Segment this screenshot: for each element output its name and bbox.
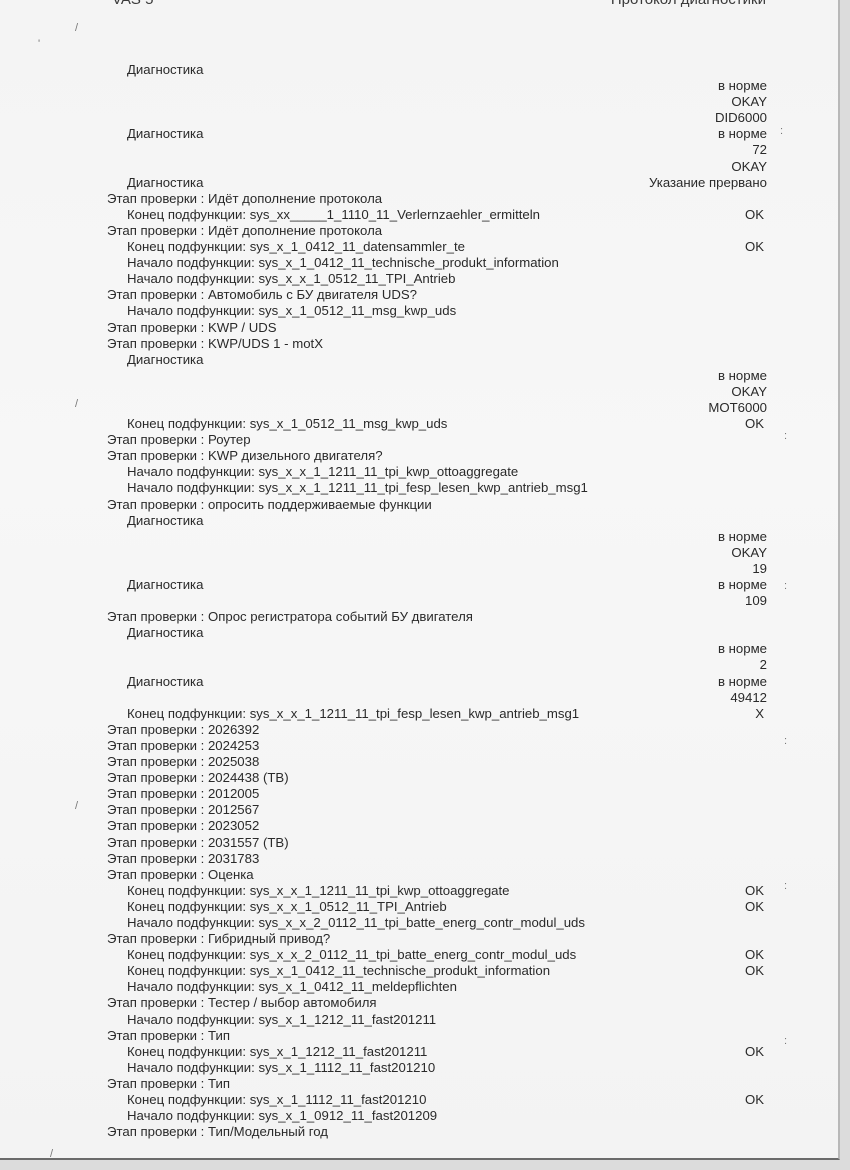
log-line-result: 2 xyxy=(760,657,767,673)
log-line-text: Этап проверки : Гибридный привод? xyxy=(107,931,330,947)
log-line-text: Начало подфункции: sys_x_x_2_0112_11_tpi… xyxy=(107,915,585,931)
log-line-text: Диагностика xyxy=(107,62,203,78)
log-line: MOT6000 xyxy=(107,400,767,416)
log-line-result: в норме xyxy=(718,641,767,657)
log-line-result: OK xyxy=(745,947,764,963)
log-line: 72 xyxy=(107,142,767,158)
log-line-text: Этап проверки : Идёт дополнение протокол… xyxy=(107,191,382,207)
log-line-result: в норме xyxy=(718,368,767,384)
log-line-text: Диагностика xyxy=(107,674,203,690)
header-title: Протокол диагностики xyxy=(611,0,766,8)
log-line: Диагностикав норме xyxy=(107,577,767,593)
log-line-text: Конец подфункции: sys_x_x_2_0112_11_tpi_… xyxy=(107,947,576,963)
log-line: Начало подфункции: sys_x_1_0412_11_melde… xyxy=(107,979,767,995)
log-line-text: Этап проверки : 2024438 (TB) xyxy=(107,770,289,786)
log-line-text: Начало подфункции: sys_x_1_0912_11_fast2… xyxy=(107,1108,437,1124)
log-line: в норме xyxy=(107,368,767,384)
log-line-text: Этап проверки : Оценка xyxy=(107,867,254,883)
log-line-text: Конец подфункции: sys_x_x_1_1211_11_tpi_… xyxy=(107,706,579,722)
log-line: Конец подфункции: sys_x_x_1_1211_11_tpi_… xyxy=(107,706,767,722)
log-line-result: 19 xyxy=(752,561,767,577)
scanned-page: VAS 5 Протокол диагностики Диагностикав … xyxy=(0,0,840,1160)
log-line: Этап проверки : Роутер xyxy=(107,432,767,448)
log-line: Этап проверки : 2025038 xyxy=(107,754,767,770)
log-line-text: Этап проверки : 2012005 xyxy=(107,786,259,802)
log-line-text: Этап проверки : Опрос регистратора событ… xyxy=(107,609,473,625)
log-line-result: 109 xyxy=(745,593,767,609)
log-line-text: Этап проверки : KWP / UDS xyxy=(107,320,277,336)
log-line-result: OK xyxy=(745,883,764,899)
log-line-result: в норме xyxy=(718,126,767,142)
log-line-result: OK xyxy=(745,1044,764,1060)
log-line-text: Этап проверки : 2024253 xyxy=(107,738,259,754)
log-line-result: в норме xyxy=(718,674,767,690)
log-line: Начало подфункции: sys_x_x_1_0512_11_TPI… xyxy=(107,271,767,287)
scan-speck: / xyxy=(75,800,78,812)
log-line: Этап проверки : 2024253 xyxy=(107,738,767,754)
diagnostic-log: Диагностикав нормеOKAYDID6000Диагностика… xyxy=(107,62,767,1140)
log-line: Этап проверки : Гибридный привод? xyxy=(107,931,767,947)
scan-speck: / xyxy=(75,398,78,410)
log-line-text: Начало подфункции: sys_x_1_0412_11_techn… xyxy=(107,255,559,271)
log-line: Конец подфункции: sys_x_1_0412_11_datens… xyxy=(107,239,767,255)
log-line-text: Диагностика xyxy=(107,175,203,191)
log-line: OKAY xyxy=(107,384,767,400)
log-line: Этап проверки : 2012005 xyxy=(107,786,767,802)
log-line-text: Диагностика xyxy=(107,352,203,368)
log-line: Этап проверки : Идёт дополнение протокол… xyxy=(107,223,767,239)
log-line: в норме xyxy=(107,529,767,545)
log-line: Начало подфункции: sys_x_1_0512_11_msg_k… xyxy=(107,303,767,319)
log-line: Диагностикав норме xyxy=(107,674,767,690)
log-line-result: OK xyxy=(745,207,764,223)
log-line-result: OKAY xyxy=(731,159,767,175)
log-line: 109 xyxy=(107,593,767,609)
log-line: Начало подфункции: sys_x_1_0412_11_techn… xyxy=(107,255,767,271)
log-line-text: Этап проверки : KWP/UDS 1 - motX xyxy=(107,336,323,352)
log-line: Диагностикав норме xyxy=(107,126,767,142)
log-line-text: Этап проверки : опросить поддерживаемые … xyxy=(107,497,432,513)
log-line: Этап проверки : 2023052 xyxy=(107,818,767,834)
log-line-text: Конец подфункции: sys_x_1_1212_11_fast20… xyxy=(107,1044,427,1060)
log-line-text: Диагностика xyxy=(107,126,203,142)
log-line-text: Конец подфункции: sys_x_x_1_1211_11_tpi_… xyxy=(107,883,510,899)
log-line: OKAY xyxy=(107,545,767,561)
log-line-text: Этап проверки : Автомобиль с БУ двигател… xyxy=(107,287,417,303)
log-line-text: Этап проверки : Идёт дополнение протокол… xyxy=(107,223,382,239)
log-line: Начало подфункции: sys_x_1_0912_11_fast2… xyxy=(107,1108,767,1124)
log-line: Конец подфункции: sys_x_1_1212_11_fast20… xyxy=(107,1044,767,1060)
log-line-result: OKAY xyxy=(731,545,767,561)
log-line-text: Этап проверки : Тип xyxy=(107,1028,230,1044)
log-line-text: Этап проверки : Тип/Модельный год xyxy=(107,1124,328,1140)
scan-speck: ' xyxy=(38,38,40,50)
log-line: Диагностика xyxy=(107,625,767,641)
log-line-text: Этап проверки : Тип xyxy=(107,1076,230,1092)
log-line-result: 72 xyxy=(752,142,767,158)
scan-speck: / xyxy=(50,1148,53,1160)
log-line: Этап проверки : Тип xyxy=(107,1028,767,1044)
log-line-text: Диагностика xyxy=(107,513,203,529)
log-line-result: 49412 xyxy=(730,690,767,706)
log-line-text: Этап проверки : 2026392 xyxy=(107,722,259,738)
log-line: Конец подфункции: sys_xx_____1_1110_11_V… xyxy=(107,207,767,223)
log-line: 19 xyxy=(107,561,767,577)
log-line: 49412 xyxy=(107,690,767,706)
log-line-text: Этап проверки : Тестер / выбор автомобил… xyxy=(107,995,377,1011)
log-line: OKAY xyxy=(107,94,767,110)
log-line: Начало подфункции: sys_x_1_1112_11_fast2… xyxy=(107,1060,767,1076)
log-line: Этап проверки : 2031557 (TB) xyxy=(107,835,767,851)
log-line-text: Этап проверки : 2012567 xyxy=(107,802,259,818)
log-line: Начало подфункции: sys_x_1_1212_11_fast2… xyxy=(107,1012,767,1028)
log-line-result: OK xyxy=(745,239,764,255)
scan-speck: : xyxy=(784,735,787,747)
log-line-text: Диагностика xyxy=(107,577,203,593)
scan-speck: : xyxy=(784,580,787,592)
log-line-text: Этап проверки : 2025038 xyxy=(107,754,259,770)
log-line-text: Диагностика xyxy=(107,625,203,641)
log-line: Начало подфункции: sys_x_x_1_1211_11_tpi… xyxy=(107,480,767,496)
scan-speck: : xyxy=(784,430,787,442)
log-line-result: OKAY xyxy=(731,384,767,400)
log-line: Этап проверки : Тип xyxy=(107,1076,767,1092)
log-line: в норме xyxy=(107,641,767,657)
log-line: Этап проверки : Идёт дополнение протокол… xyxy=(107,191,767,207)
log-line: Этап проверки : KWP / UDS xyxy=(107,320,767,336)
log-line-text: Этап проверки : 2023052 xyxy=(107,818,259,834)
header-left: VAS 5 xyxy=(112,0,153,8)
log-line-text: Этап проверки : 2031557 (TB) xyxy=(107,835,289,851)
log-line: Начало подфункции: sys_x_x_2_0112_11_tpi… xyxy=(107,915,767,931)
log-line-result: OK xyxy=(745,899,764,915)
log-line: ДиагностикаУказание прервано xyxy=(107,175,767,191)
log-line-text: Начало подфункции: sys_x_1_1112_11_fast2… xyxy=(107,1060,435,1076)
log-line: Этап проверки : Тестер / выбор автомобил… xyxy=(107,995,767,1011)
log-line-text: Начало подфункции: sys_x_1_0512_11_msg_k… xyxy=(107,303,456,319)
log-line-text: Начало подфункции: sys_x_1_1212_11_fast2… xyxy=(107,1012,436,1028)
log-line: OKAY xyxy=(107,159,767,175)
log-line-result: OK xyxy=(745,963,764,979)
log-line-result: OKAY xyxy=(731,94,767,110)
log-line: Диагностика xyxy=(107,513,767,529)
log-line-result: OK xyxy=(745,416,764,432)
log-line: в норме xyxy=(107,78,767,94)
log-line: 2 xyxy=(107,657,767,673)
log-line: Этап проверки : опросить поддерживаемые … xyxy=(107,497,767,513)
log-line-text: Начало подфункции: sys_x_x_1_0512_11_TPI… xyxy=(107,271,455,287)
log-line: Диагностика xyxy=(107,352,767,368)
log-line: Начало подфункции: sys_x_x_1_1211_11_tpi… xyxy=(107,464,767,480)
log-line-text: Начало подфункции: sys_x_x_1_1211_11_tpi… xyxy=(107,480,588,496)
log-line: Этап проверки : 2026392 xyxy=(107,722,767,738)
log-line: Этап проверки : 2024438 (TB) xyxy=(107,770,767,786)
log-line-text: Конец подфункции: sys_x_1_0412_11_datens… xyxy=(107,239,465,255)
log-line: Этап проверки : Оценка xyxy=(107,867,767,883)
log-line: Конец подфункции: sys_x_x_2_0112_11_tpi_… xyxy=(107,947,767,963)
log-line-result: в норме xyxy=(718,529,767,545)
log-line-result: в норме xyxy=(718,78,767,94)
log-line-text: Начало подфункции: sys_x_x_1_1211_11_tpi… xyxy=(107,464,518,480)
log-line: Этап проверки : Тип/Модельный год xyxy=(107,1124,767,1140)
log-line-result: в норме xyxy=(718,577,767,593)
log-line: Конец подфункции: sys_x_1_1112_11_fast20… xyxy=(107,1092,767,1108)
log-line: Диагностика xyxy=(107,62,767,78)
scan-speck: : xyxy=(784,880,787,892)
log-line-result: DID6000 xyxy=(715,110,767,126)
log-line: Этап проверки : Опрос регистратора событ… xyxy=(107,609,767,625)
log-line-text: Конец подфункции: sys_xx_____1_1110_11_V… xyxy=(107,207,540,223)
log-line: Конец подфункции: sys_x_1_0512_11_msg_kw… xyxy=(107,416,767,432)
scan-speck: : xyxy=(780,125,783,137)
log-line-result: X xyxy=(755,706,764,722)
log-line: Конец подфункции: sys_x_x_1_0512_11_TPI_… xyxy=(107,899,767,915)
scan-speck: : xyxy=(784,1035,787,1047)
log-line: Этап проверки : KWP дизельного двигателя… xyxy=(107,448,767,464)
log-line-text: Конец подфункции: sys_x_1_1112_11_fast20… xyxy=(107,1092,426,1108)
log-line-text: Начало подфункции: sys_x_1_0412_11_melde… xyxy=(107,979,457,995)
log-line-result: OK xyxy=(745,1092,764,1108)
log-line-result: Указание прервано xyxy=(649,175,767,191)
log-line-text: Конец подфункции: sys_x_x_1_0512_11_TPI_… xyxy=(107,899,447,915)
log-line-text: Этап проверки : Роутер xyxy=(107,432,251,448)
log-line: Конец подфункции: sys_x_1_0412_11_techni… xyxy=(107,963,767,979)
log-line: Конец подфункции: sys_x_x_1_1211_11_tpi_… xyxy=(107,883,767,899)
log-line: Этап проверки : 2012567 xyxy=(107,802,767,818)
log-line-text: Конец подфункции: sys_x_1_0412_11_techni… xyxy=(107,963,550,979)
log-line: Этап проверки : Автомобиль с БУ двигател… xyxy=(107,287,767,303)
log-line-text: Этап проверки : 2031783 xyxy=(107,851,259,867)
scan-speck: / xyxy=(75,22,78,34)
log-line: Этап проверки : 2031783 xyxy=(107,851,767,867)
log-line-text: Конец подфункции: sys_x_1_0512_11_msg_kw… xyxy=(107,416,447,432)
log-line-result: MOT6000 xyxy=(708,400,767,416)
log-line: Этап проверки : KWP/UDS 1 - motX xyxy=(107,336,767,352)
log-line: DID6000 xyxy=(107,110,767,126)
log-line-text: Этап проверки : KWP дизельного двигателя… xyxy=(107,448,383,464)
